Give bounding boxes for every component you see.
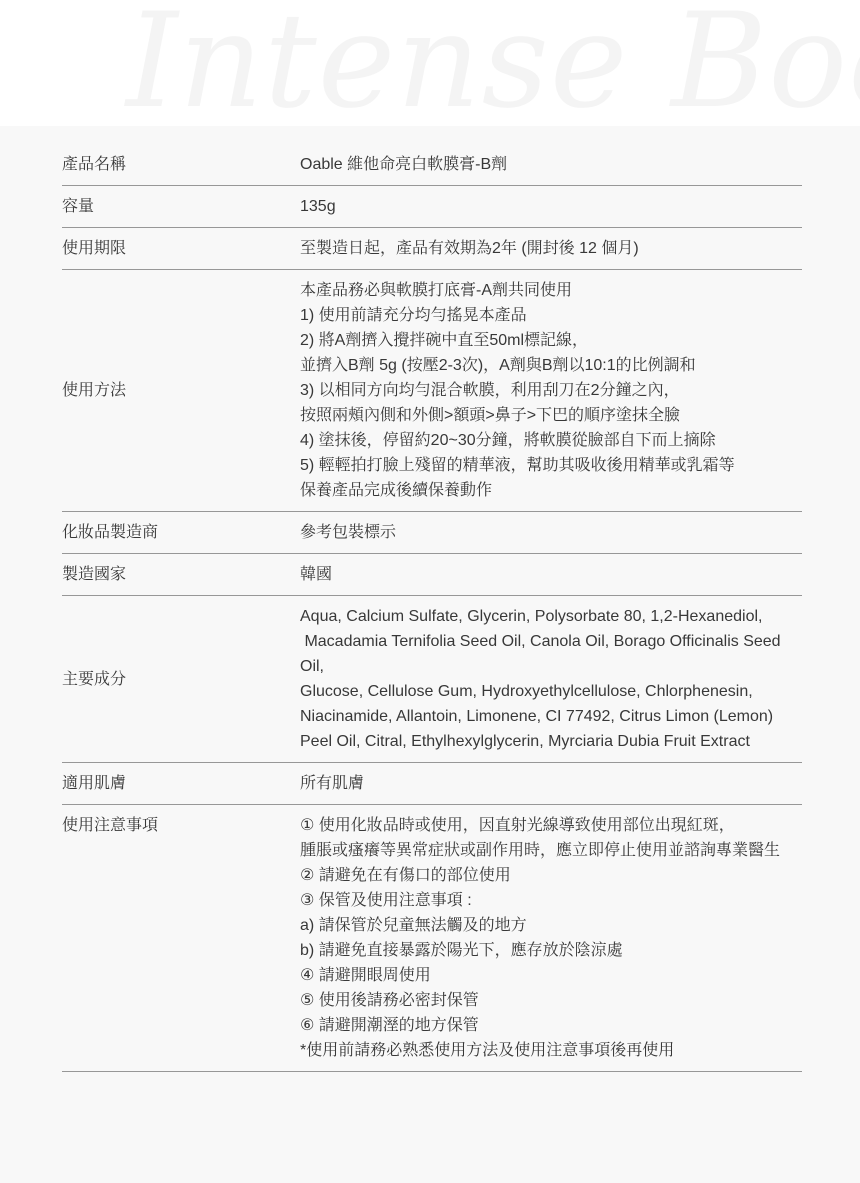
- row-value: 至製造日起，產品有效期為2年 (開封後 12 個月): [300, 236, 802, 261]
- table-row: 使用期限 至製造日起，產品有效期為2年 (開封後 12 個月): [62, 228, 802, 270]
- row-label: 產品名稱: [62, 152, 300, 177]
- row-value: 參考包裝標示: [300, 520, 802, 545]
- table-row: 容量 135g: [62, 186, 802, 228]
- table-row: 適用肌膚 所有肌膚: [62, 763, 802, 805]
- row-value: 135g: [300, 194, 802, 219]
- table-row: 化妝品製造商 參考包裝標示: [62, 512, 802, 554]
- row-value: 韓國: [300, 562, 802, 587]
- row-value: 所有肌膚: [300, 771, 802, 796]
- row-value: Aqua, Calcium Sulfate, Glycerin, Polysor…: [300, 604, 802, 754]
- product-detail-page: Intense Boost 產品名稱 Oable 維他命亮白軟膜膏-B劑 容量 …: [0, 0, 860, 1183]
- row-label: 使用期限: [62, 236, 300, 261]
- table-row: 使用方法 本產品務必與軟膜打底膏-A劑共同使用 1) 使用前請充分均勻搖晃本產品…: [62, 270, 802, 512]
- table-row: 使用注意事項 ① 使用化妝品時或使用，因直射光線導致使用部位出現紅斑， 腫脹或瘙…: [62, 805, 802, 1072]
- row-label: 製造國家: [62, 562, 300, 587]
- table-row: 主要成分 Aqua, Calcium Sulfate, Glycerin, Po…: [62, 596, 802, 763]
- row-label: 主要成分: [62, 667, 300, 692]
- brand-banner: Intense Boost: [0, 0, 860, 126]
- row-label: 容量: [62, 194, 300, 219]
- row-label: 適用肌膚: [62, 771, 300, 796]
- product-info-table: 產品名稱 Oable 維他命亮白軟膜膏-B劑 容量 135g 使用期限 至製造日…: [62, 126, 802, 1072]
- row-label: 使用注意事項: [62, 813, 300, 838]
- brand-watermark-text: Intense Boost: [126, 0, 860, 126]
- row-value: 本產品務必與軟膜打底膏-A劑共同使用 1) 使用前請充分均勻搖晃本產品 2) 將…: [300, 278, 802, 503]
- table-row: 製造國家 韓國: [62, 554, 802, 596]
- row-label: 使用方法: [62, 378, 300, 403]
- row-value: Oable 維他命亮白軟膜膏-B劑: [300, 152, 802, 177]
- table-row: 產品名稱 Oable 維他命亮白軟膜膏-B劑: [62, 126, 802, 186]
- row-value: ① 使用化妝品時或使用，因直射光線導致使用部位出現紅斑， 腫脹或瘙癢等異常症狀或…: [300, 813, 802, 1063]
- row-label: 化妝品製造商: [62, 520, 300, 545]
